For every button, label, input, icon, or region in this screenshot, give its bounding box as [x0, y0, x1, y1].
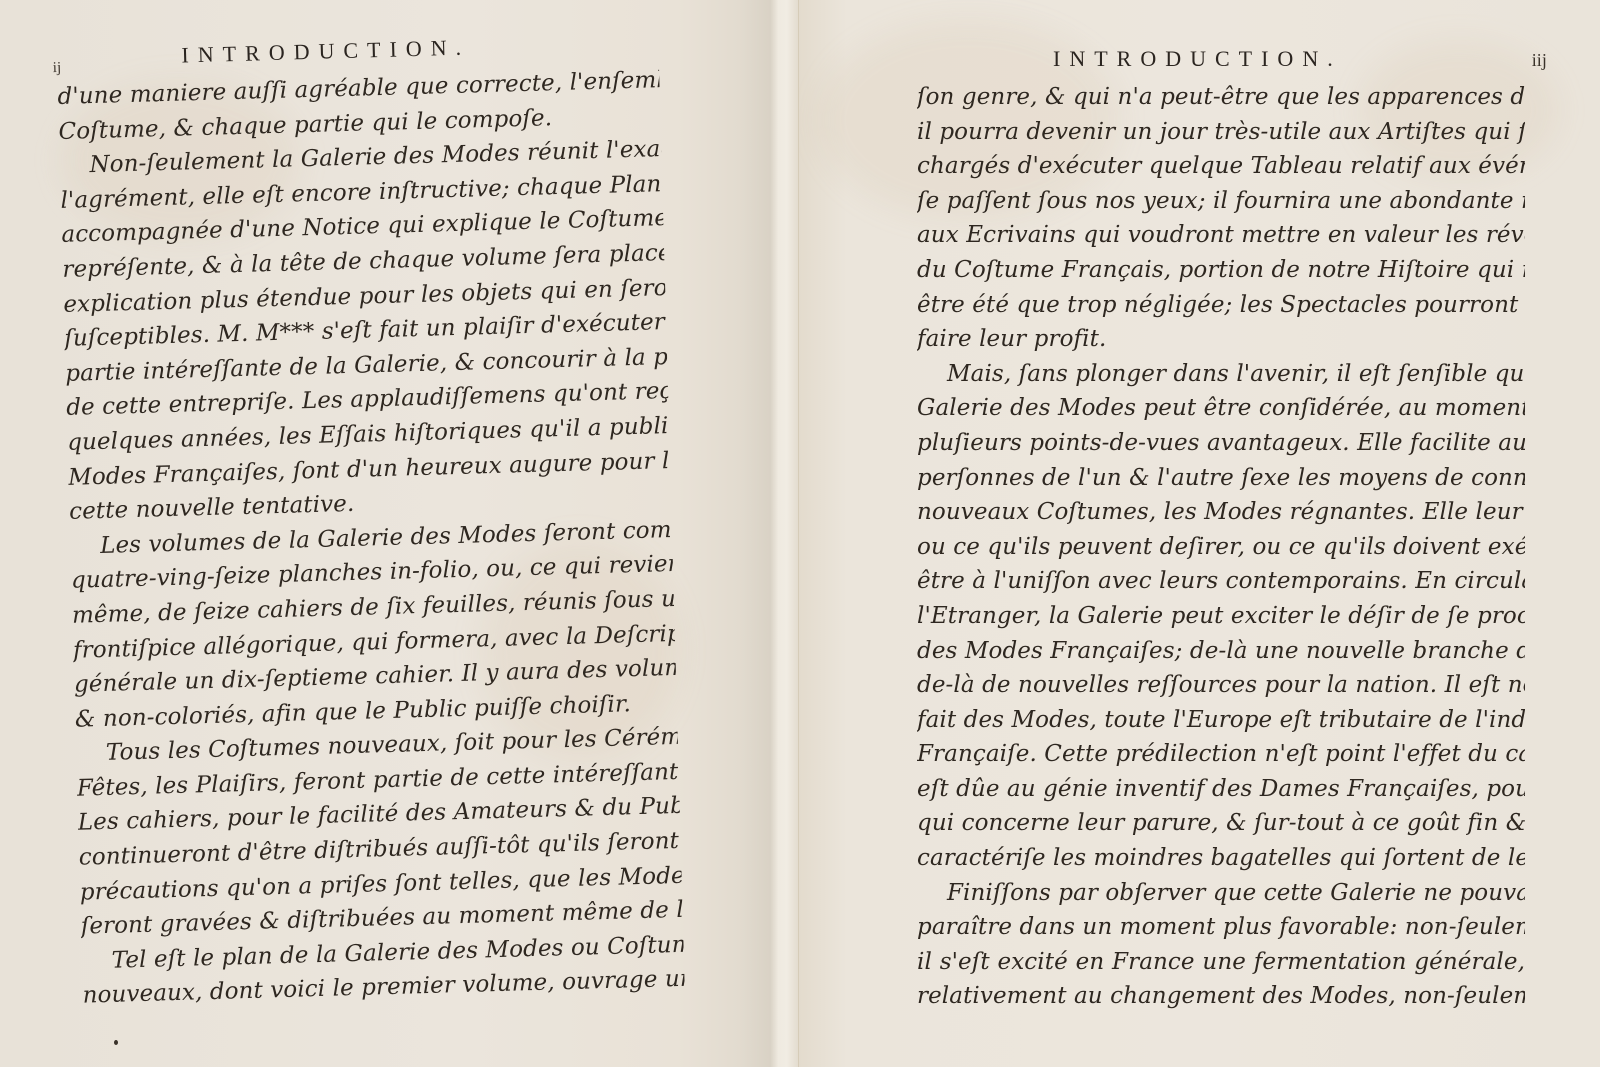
text-line: caractériſe les moindres bagatelles qui … — [917, 841, 1525, 876]
running-head-title: INTRODUCTION. — [181, 34, 470, 68]
text-line: de-là de nouvelles reſſources pour la na… — [917, 668, 1525, 703]
text-line: eſt dûe au génie inventif des Dames Fran… — [917, 772, 1525, 807]
text-line: l'Etranger, la Galerie peut exciter le d… — [917, 599, 1525, 634]
running-head-title: INTRODUCTION. — [1053, 46, 1342, 72]
left-page-text: ij INTRODUCTION. d'une maniere auſſi agr… — [56, 23, 685, 1013]
ink-mark — [114, 1040, 118, 1045]
right-page: INTRODUCTION. iij ſon genre, & qui n'a p… — [799, 0, 1600, 1067]
text-line: il s'eſt excité en France une fermentati… — [917, 945, 1525, 980]
body-text: ſon genre, & qui n'a peut-être que les a… — [917, 80, 1525, 1014]
page-number: iij — [1532, 50, 1547, 71]
text-line: ou ce qu'ils peuvent deſirer, ou ce qu'i… — [917, 530, 1525, 565]
text-line: paraître dans un moment plus favorable: … — [917, 910, 1525, 945]
text-line: être à l'uniſſon avec leurs contemporain… — [917, 564, 1525, 599]
text-line: pluſieurs points-de-vues avantageux. Ell… — [917, 426, 1525, 461]
text-line: nouveaux Coſtumes, les Modes régnantes. … — [917, 495, 1525, 530]
text-line: des Modes Françaiſes; de-là une nouvelle… — [917, 634, 1525, 669]
text-line: relativement au changement des Modes, no… — [917, 979, 1525, 1014]
text-line: Françaiſe. Cette prédilection n'eſt poin… — [917, 737, 1525, 772]
text-line: ſe paſſent ſous nos yeux; il fournira un… — [917, 184, 1525, 219]
text-line: perſonnes de l'un & l'autre ſexe les moy… — [917, 461, 1525, 496]
text-line: être été que trop négligée; les Spectacl… — [917, 288, 1525, 323]
text-line: faire leur profit. — [917, 322, 1525, 357]
text-line: Mais, ſans plonger dans l'avenir, il eſt… — [917, 357, 1525, 392]
text-line: qui concerne leur parure, & ſur-tout à c… — [917, 806, 1525, 841]
text-line: Finiſſons par obſerver que cette Galerie… — [917, 876, 1525, 911]
text-line: du Coſtume Français, portion de notre Hi… — [917, 253, 1525, 288]
right-page-text: INTRODUCTION. iij ſon genre, & qui n'a p… — [917, 40, 1525, 1014]
body-text: d'une maniere auſſi agréable que correct… — [57, 63, 685, 1013]
text-line: ſon genre, & qui n'a peut-être que les a… — [917, 80, 1525, 115]
book-spread: ij INTRODUCTION. d'une maniere auſſi agr… — [0, 0, 1600, 1067]
book-gutter — [770, 0, 799, 1067]
text-line: il pourra devenir un jour très-utile aux… — [917, 115, 1525, 150]
page-number: ij — [53, 60, 62, 77]
text-line: chargés d'exécuter quelque Tableau relat… — [917, 149, 1525, 184]
left-page: ij INTRODUCTION. d'une maniere auſſi agr… — [0, 0, 770, 1067]
text-line: Galerie des Modes peut être conſidérée, … — [917, 391, 1525, 426]
text-line: aux Ecrivains qui voudront mettre en val… — [917, 218, 1525, 253]
text-line: fait des Modes, toute l'Europe eſt tribu… — [917, 703, 1525, 738]
running-head: INTRODUCTION. iij — [917, 40, 1525, 80]
